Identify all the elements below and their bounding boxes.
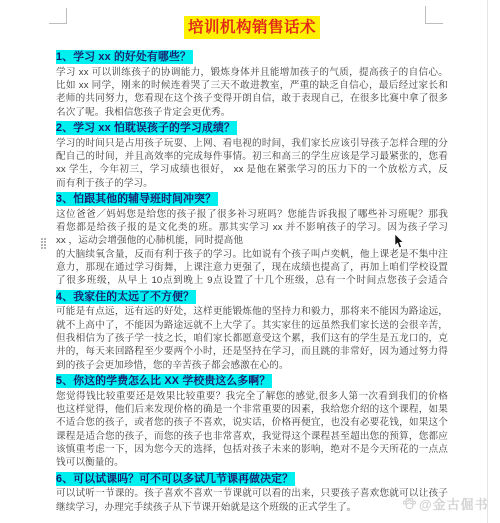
section: 3、怕跟其他的辅导班时间冲突？这位爸爸／妈妈您是给您的孩子报了很多补习班吗？您能…	[56, 190, 448, 288]
section: 6、可以试课吗？可不可以多试几节课再做决定？可以试听一节课的。孩子喜欢不喜欢一节…	[56, 470, 448, 514]
body-line: 比如 xx 同学，刚来的时候连着哭了三天不敢进教室，严重的缺乏自信心，最后经过家…	[56, 79, 448, 92]
section-heading-row: 4、我家住的太远了不方便？	[56, 288, 448, 306]
section-heading: 2、学习 xx 怕耽误孩子的学习成绩？	[56, 121, 237, 135]
watermark-text: @金古倔书	[419, 494, 489, 513]
body-line: 学习 xx 可以训练孩子的协调能力，锻炼身体并且能增加孩子的气质，提高孩子的自信…	[56, 66, 448, 79]
page-edge	[487, 0, 488, 523]
section-heading-row: 5、你这的学费怎么比 XX 学校贵这么多啊？	[56, 372, 448, 390]
watermark: @金古倔书	[402, 494, 489, 513]
section-heading-row: 3、怕跟其他的辅导班时间冲突？	[56, 190, 448, 208]
body-line: 井的，每天来回路程至少要两个小时，还是坚持在学习，而且跳的非常好，因为通过努力得	[56, 345, 448, 358]
body-line: 而有利于孩子的学习。	[56, 177, 448, 190]
section-heading: 4、我家住的太远了不方便？	[56, 290, 196, 304]
body-line: 看您都是给孩子报的是文化类的班。那其实学习 xx 并不影响孩子的学习。因为孩子学…	[56, 221, 448, 234]
section: 2、学习 xx 怕耽误孩子的学习成绩？学习的时间只是占用孩子玩耍、上网、看电视的…	[56, 119, 448, 190]
body-line: xx 学生，今年初三，学习成绩也很好， xx 是他在紧张学习的压力下的一个放松方…	[56, 163, 448, 176]
body-line: 课程是适合您的孩子，而您的孩子也非常喜欢，我觉得这个课程甚至超出您的预算，您都应	[56, 430, 448, 443]
body-line: 的大脑续氧含量，反而有利于孩子的学习。比如说有个孩子叫卢奕帆，他上课老是不集中注	[56, 248, 448, 261]
drag-handle-icon[interactable]	[41, 238, 46, 249]
paw-icon	[402, 496, 417, 511]
section-heading: 6、可以试课吗？可不可以多试几节课再做决定？	[56, 472, 295, 486]
section: 4、我家住的太远了不方便？可能是有点远，远有远的好处，这样更能锻炼他的坚持力和毅…	[56, 288, 448, 372]
section-heading: 3、怕跟其他的辅导班时间冲突？	[56, 192, 218, 206]
body-line: 您觉得钱比较重要还是效果比较重要？我完全了解您的感觉,很多人第一次看到我们的价格	[56, 390, 448, 403]
body-line: 老师的共同努力，您看现在这个孩子变得开朗自信，敢于表现自己，在很多比赛中拿了很多	[56, 92, 448, 105]
body-line: 可能是有点远，远有远的好处，这样更能锻炼他的坚持力和毅力，那将来不能因为路途远，	[56, 305, 448, 318]
body-line: 这位爸爸／妈妈您是给您的孩子报了很多补习班吗？您能告诉我报了哪些补习班呢？那我	[56, 208, 448, 221]
document-page: 培训机构销售话术 1、学习 xx 的好处有哪些？学习 xx 可以训练孩子的协调能…	[56, 16, 448, 514]
body-line: 意力，那现在通过学习街舞，上课注意力更强了，现在成绩也提高了，再加上咱们学校设置	[56, 261, 448, 274]
body-line: 也这样觉得，他们后来发现价格的确是一个非常重要的因素，我给您介绍的这个课程，如果	[56, 403, 448, 416]
body-line: 了很多班级，从早上 10点到晚上 9点设置了十几个班级，总有一个时间点您孩子会适…	[56, 274, 448, 287]
section-heading-row: 6、可以试课吗？可不可以多试几节课再做决定？	[56, 470, 448, 488]
page-title: 培训机构销售话术	[184, 16, 320, 39]
body-line: 名次了呢。我相信您孩子肯定会更优秀。	[56, 106, 448, 119]
body-line: xx ，运动会增强他的心肺机能，同时提高他	[56, 234, 448, 247]
body-line: 就不上高中了，不能因为路途远就不上大学了。其实家住的远虽然我们家长送的会很辛苦，	[56, 319, 448, 332]
body-line: 到的孩子会更加珍惜，您的辛苦孩子都会感激在心的。	[56, 359, 448, 372]
body-line: 可以试听一节课的。孩子喜欢不喜欢一节课就可以看的出来，只要孩子喜欢您就可以让孩子	[56, 487, 448, 500]
section-heading: 1、学习 xx 的好处有哪些？	[56, 50, 193, 64]
body-line: 但我相信为了孩子学一技之长，咱们家长都愿意受这个累，我们这有的学生是五龙口的，克	[56, 332, 448, 345]
section-heading-row: 2、学习 xx 怕耽误孩子的学习成绩？	[56, 119, 448, 137]
document-title-row: 培训机构销售话术	[56, 16, 448, 39]
section-heading-row: 1、学习 xx 的好处有哪些？	[56, 48, 448, 66]
section: 5、你这的学费怎么比 XX 学校贵这么多啊？您觉得钱比较重要还是效果比较重要？我…	[56, 372, 448, 470]
body-line: 配自己的时间，并且高效率的完成每件事情。初三和高三的学生应该是学习最紧张的，您看	[56, 150, 448, 163]
body-line: 钱可以衡量的。	[56, 456, 448, 469]
section-heading: 5、你这的学费怎么比 XX 学校贵这么多啊？	[56, 374, 272, 388]
section: 1、学习 xx 的好处有哪些？学习 xx 可以训练孩子的协调能力，锻炼身体并且能…	[56, 48, 448, 119]
body-line: 不适合您的孩子，或者您的孩子不喜欢，说实话，价格再便宜，也没有必要花钱，如果这个	[56, 416, 448, 429]
mouse-cursor-icon	[394, 234, 404, 249]
body-line: 继续学习，办理完手续孩子从下节课开始就是这个班级的正式学生了。	[56, 501, 448, 514]
body-line: 学习的时间只是占用孩子玩耍、上网、看电视的时间，我们家长应该引导孩子怎样合理的分	[56, 137, 448, 150]
sections: 1、学习 xx 的好处有哪些？学习 xx 可以训练孩子的协调能力，锻炼身体并且能…	[56, 48, 448, 514]
body-line: 该慎重考虑一下，因为您今天的选择，包括对孩子未来的影响，绝对不是今天所花的一点点	[56, 443, 448, 456]
